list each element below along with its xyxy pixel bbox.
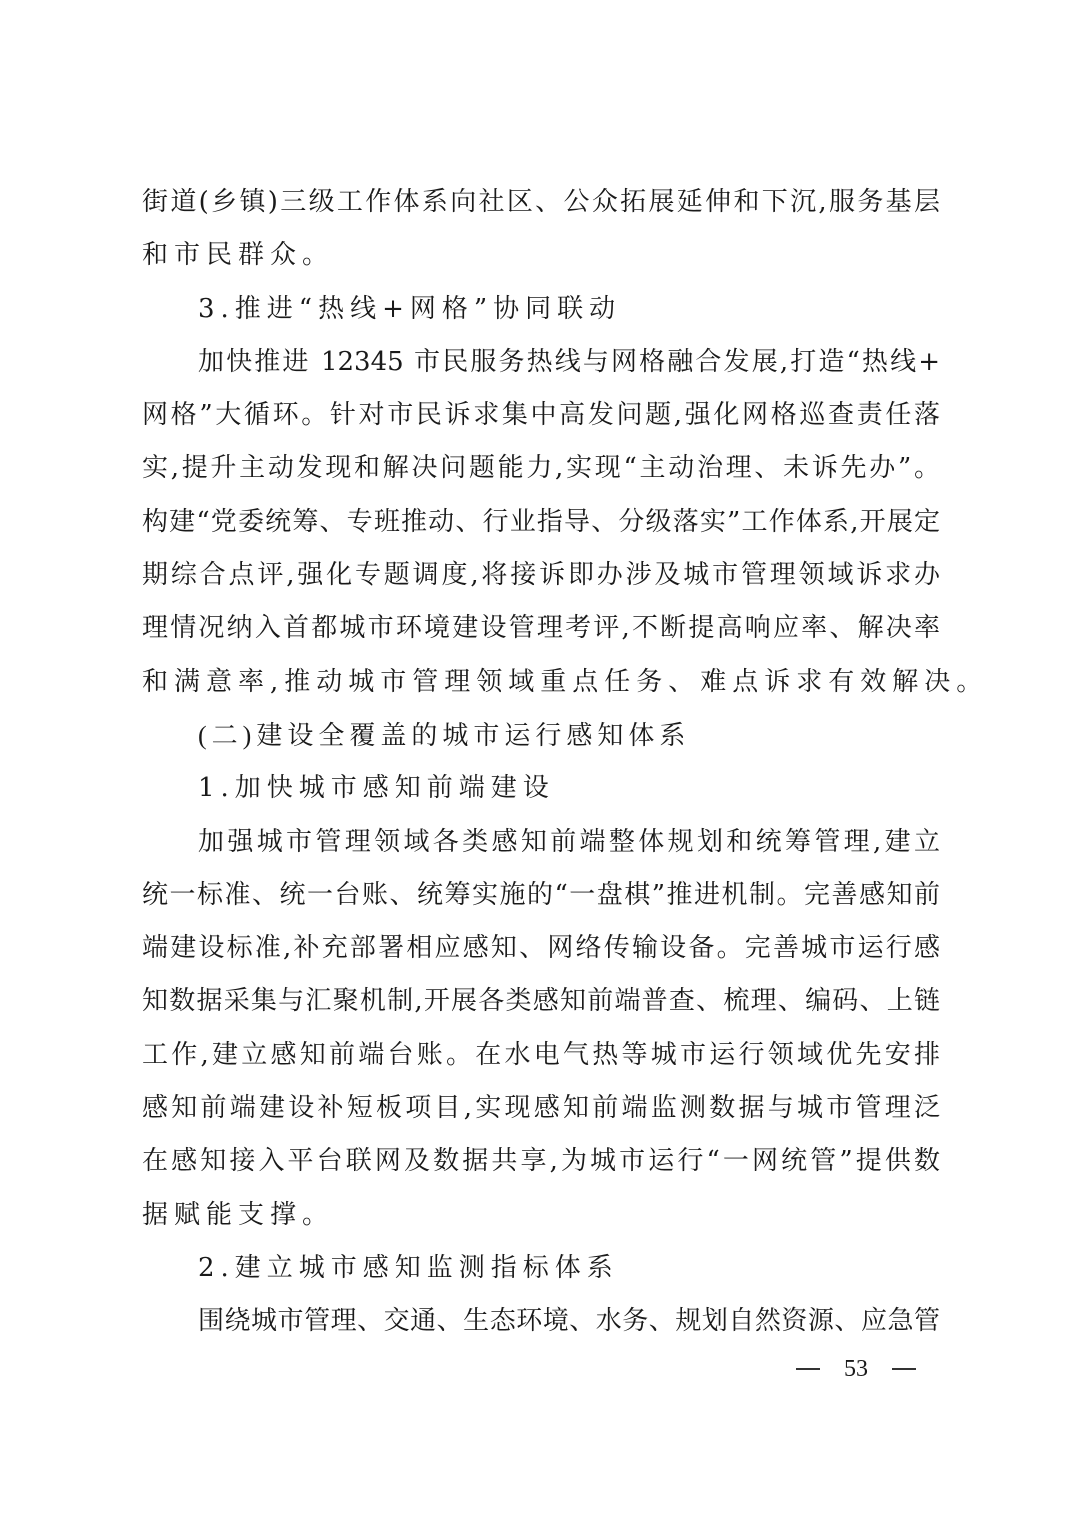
subheading-perception-frontend: 1.加快城市感知前端建设: [142, 762, 940, 815]
page-number: 53: [844, 1356, 868, 1383]
paragraph-line: 感知前端建设补短板项目,实现感知前端监测数据与城市管理泛: [142, 1082, 940, 1135]
paragraph-line: 和市民群众。: [142, 229, 940, 282]
paragraph-line: 围绕城市管理、交通、生态环境、水务、规划自然资源、应急管: [142, 1295, 940, 1348]
paragraph-line: 统一标准、统一台账、统筹实施的“一盘棋”推进机制。完善感知前: [142, 869, 940, 922]
paragraph-line: 据赋能支撑。: [142, 1189, 940, 1242]
dash-right: [892, 1368, 916, 1370]
paragraph-line: 期综合点评,强化专题调度,将接诉即办涉及城市管理领域诉求办: [142, 549, 940, 602]
paragraph-line: 加快推进 12345 市民服务热线与网格融合发展,打造“热线+: [142, 336, 940, 389]
paragraph-line: 端建设标准,补充部署相应感知、网络传输设备。完善城市运行感: [142, 922, 940, 975]
document-page: 街道(乡镇)三级工作体系向社区、公众拓展延伸和下沉,服务基层 和市民群众。 3.…: [0, 0, 1080, 1527]
paragraph-line: 街道(乡镇)三级工作体系向社区、公众拓展延伸和下沉,服务基层: [142, 176, 940, 229]
paragraph-line: 网格”大循环。针对市民诉求集中高发问题,强化网格巡查责任落: [142, 389, 940, 442]
paragraph-line: 在感知接入平台联网及数据共享,为城市运行“一网统管”提供数: [142, 1135, 940, 1188]
subheading-monitoring-indicators: 2.建立城市感知监测指标体系: [142, 1242, 940, 1295]
paragraph-line: 实,提升主动发现和解决问题能力,实现“主动治理、未诉先办”。: [142, 442, 940, 495]
dash-left: [796, 1368, 820, 1370]
paragraph-line: 理情况纳入首都城市环境建设管理考评,不断提高响应率、解决率: [142, 602, 940, 655]
subheading-hotline-grid: 3.推进“热线+网格”协同联动: [142, 283, 940, 336]
paragraph-line: 知数据采集与汇聚机制,开展各类感知前端普查、梳理、编码、上链: [142, 975, 940, 1028]
document-body: 街道(乡镇)三级工作体系向社区、公众拓展延伸和下沉,服务基层 和市民群众。 3.…: [142, 176, 940, 1349]
paragraph-line: 工作,建立感知前端台账。在水电气热等城市运行领域优先安排: [142, 1029, 940, 1082]
paragraph-line: 和满意率,推动城市管理领域重点任务、难点诉求有效解决。: [142, 656, 940, 709]
paragraph-line: 构建“党委统筹、专班推动、行业指导、分级落实”工作体系,开展定: [142, 496, 940, 549]
section-heading-perception-system: (二)建设全覆盖的城市运行感知体系: [142, 709, 940, 762]
paragraph-line: 加强城市管理领域各类感知前端整体规划和统筹管理,建立: [142, 816, 940, 869]
page-number-footer: 53: [796, 1354, 916, 1384]
